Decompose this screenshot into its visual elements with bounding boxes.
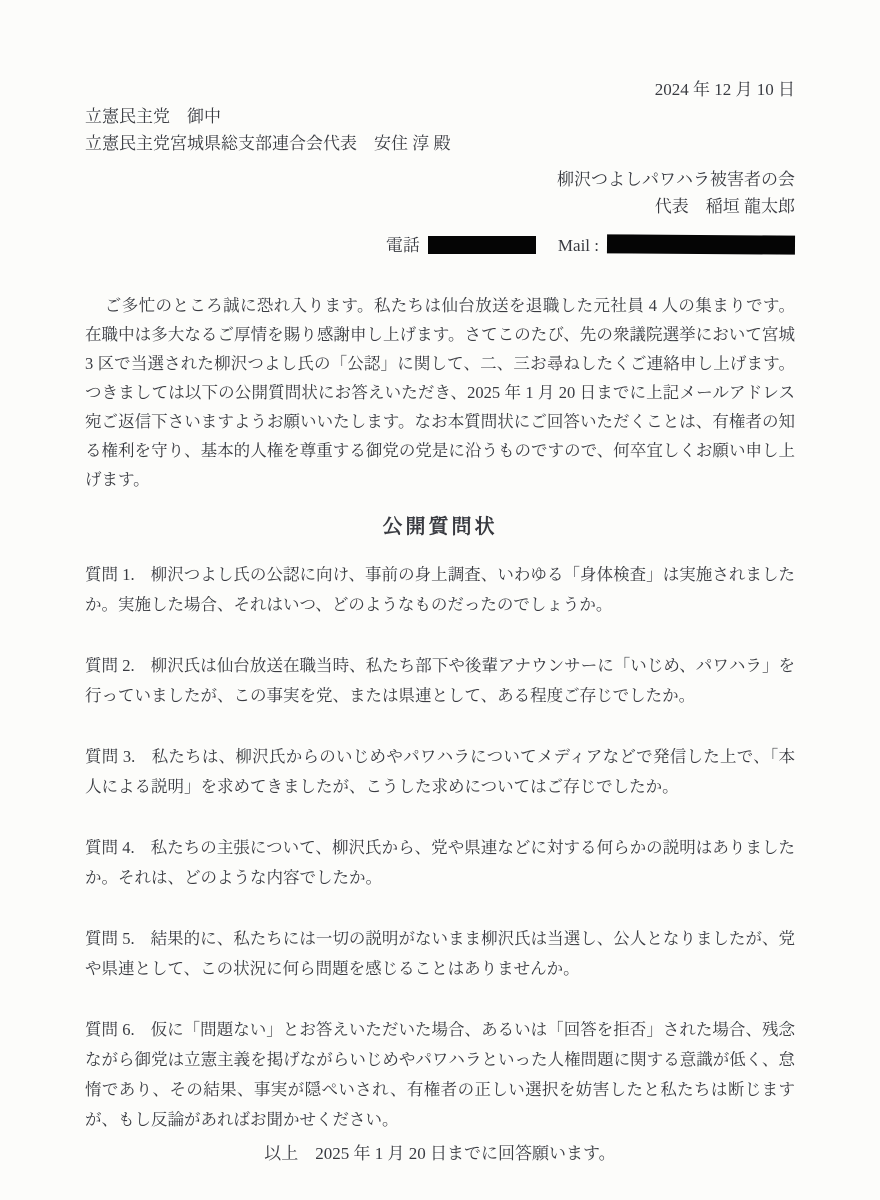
question-5-label: 質問 5. xyxy=(85,929,135,948)
question-4: 質問 4.私たちの主張について、柳沢氏から、党や県連などに対する何らかの説明はあ… xyxy=(85,833,795,893)
scanned-letter-page: 2024 年 12 月 10 日 立憲民主党 御中 立憲民主党宮城県総支部連合会… xyxy=(0,0,880,1200)
intro-paragraph: ご多忙のところ誠に恐れ入ります。私たちは仙台放送を退職した元社員 4 人の集まり… xyxy=(85,291,795,494)
question-3-label: 質問 3. xyxy=(85,747,135,766)
question-6-label: 質問 6. xyxy=(85,1020,135,1039)
question-2-text: 柳沢氏は仙台放送在職当時、私たち部下や後輩アナウンサーに「いじめ、パワハラ」を行… xyxy=(85,656,795,705)
question-2-label: 質問 2. xyxy=(85,656,135,675)
closing-line: 以上 2025 年 1 月 20 日までに回答願います。 xyxy=(85,1139,795,1169)
sender-representative: 代表 稲垣 龍太郎 xyxy=(85,193,795,220)
question-3-text: 私たちは、柳沢氏からのいじめやパワハラについてメディアなどで発信した上で、「本人… xyxy=(85,747,795,796)
question-list: 質問 1.柳沢つよし氏の公認に向け、事前の身上調査、いわゆる「身体検査」は実施さ… xyxy=(85,560,795,1135)
phone-label: 電話 xyxy=(386,236,420,255)
redacted-email-address xyxy=(607,234,795,254)
mail-label: Mail : xyxy=(558,236,599,255)
question-1: 質問 1.柳沢つよし氏の公認に向け、事前の身上調査、いわゆる「身体検査」は実施さ… xyxy=(85,560,795,620)
letter-date: 2024 年 12 月 10 日 xyxy=(85,76,795,103)
question-4-label: 質問 4. xyxy=(85,838,135,857)
redacted-phone-number xyxy=(428,236,536,254)
question-5: 質問 5.結果的に、私たちには一切の説明がないまま柳沢氏は当選し、公人となりまし… xyxy=(85,924,795,984)
question-3: 質問 3.私たちは、柳沢氏からのいじめやパワハラについてメディアなどで発信した上… xyxy=(85,742,795,802)
contact-line: 電話Mail : xyxy=(85,232,795,260)
question-2: 質問 2.柳沢氏は仙台放送在職当時、私たち部下や後輩アナウンサーに「いじめ、パワ… xyxy=(85,651,795,711)
question-1-text: 柳沢つよし氏の公認に向け、事前の身上調査、いわゆる「身体検査」は実施されましたか… xyxy=(85,565,795,614)
document-title: 公開質問状 xyxy=(85,512,795,542)
sender-organization: 柳沢つよしパワハラ被害者の会 xyxy=(85,166,795,193)
question-4-text: 私たちの主張について、柳沢氏から、党や県連などに対する何らかの説明はありましたか… xyxy=(85,838,795,887)
recipient-party: 立憲民主党 御中 xyxy=(85,103,795,130)
recipient-representative: 立憲民主党宮城県総支部連合会代表 安住 淳 殿 xyxy=(85,130,795,157)
question-5-text: 結果的に、私たちには一切の説明がないまま柳沢氏は当選し、公人となりましたが、党や… xyxy=(85,929,795,978)
question-1-label: 質問 1. xyxy=(85,565,135,584)
question-6-text: 仮に「問題ない」とお答えいただいた場合、あるいは「回答を拒否」された場合、残念な… xyxy=(85,1020,795,1129)
question-6: 質問 6.仮に「問題ない」とお答えいただいた場合、あるいは「回答を拒否」された場… xyxy=(85,1015,795,1135)
